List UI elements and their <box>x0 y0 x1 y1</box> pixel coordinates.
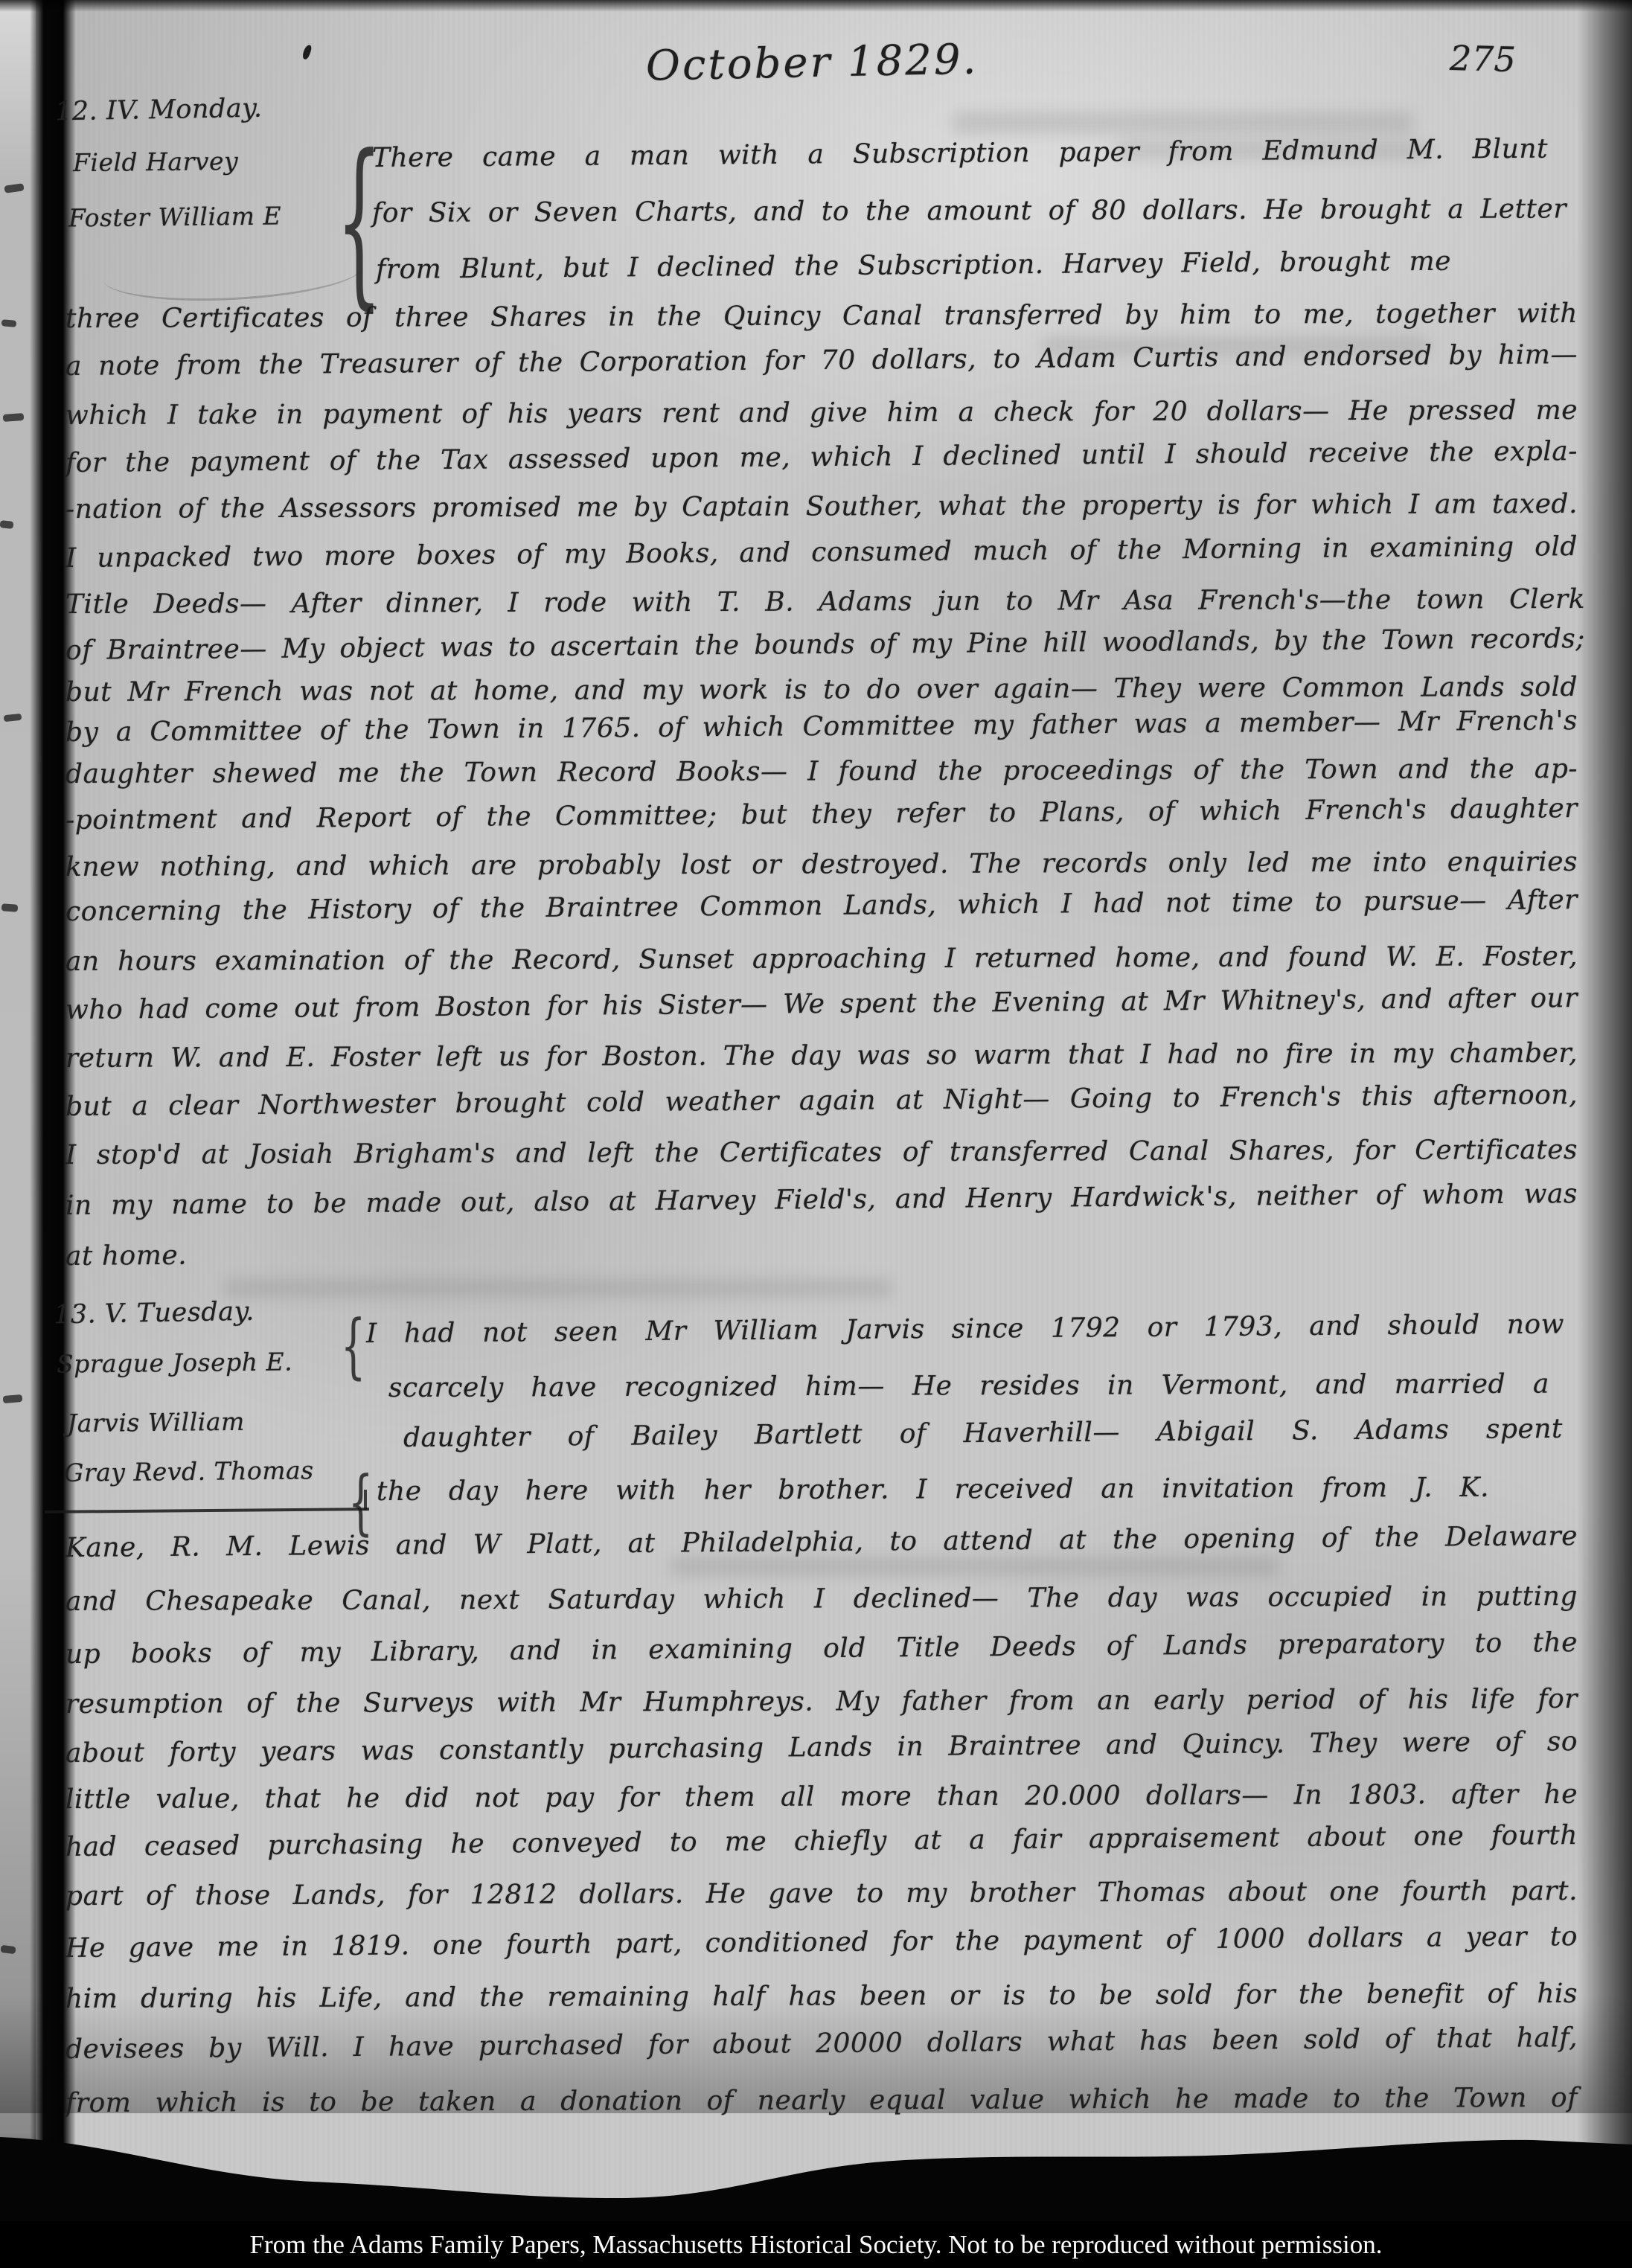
margin-name: Gray Revd. Thomas <box>64 1455 314 1487</box>
margin-name: Field Harvey <box>73 147 239 177</box>
margin-brace: { <box>348 1467 374 1538</box>
entry-date-heading: 12. IV. Monday. <box>55 94 263 127</box>
diary-line: knew nothing, and which are probably los… <box>65 847 1578 882</box>
book-bottom-shadow <box>0 2107 1632 2221</box>
page-top-edge-shadow <box>0 0 1632 12</box>
diary-line: at home. <box>65 1240 187 1272</box>
diary-line: Title Deeds— After dinner, I rode with T… <box>65 584 1585 621</box>
page-number: 275 <box>1449 38 1517 80</box>
page-right-edge-shadow <box>1578 0 1632 2221</box>
margin-name: Foster William E <box>68 202 281 233</box>
diary-line: I stop'd at Josiah Brigham's and left th… <box>65 1135 1578 1170</box>
diary-line: resumption of the Surveys with Mr Humphr… <box>65 1684 1578 1720</box>
diary-line: an hours examination of the Record, Suns… <box>65 941 1578 977</box>
archive-credit-band: From the Adams Family Papers, Massachuse… <box>0 2221 1632 2268</box>
diary-line: him during his Life, and the remaining h… <box>65 1979 1578 2014</box>
ink-showthrough <box>953 112 1414 134</box>
ink-showthrough <box>223 1278 893 1298</box>
margin-name: Sprague Joseph E. <box>57 1347 292 1378</box>
facing-page-text-fragment <box>3 413 25 422</box>
diary-line: and Chesapeake Canal, next Saturday whic… <box>65 1581 1578 1617</box>
margin-separator-tick <box>364 1490 367 1511</box>
diary-line: for Six or Seven Charts, and to the amou… <box>372 193 1567 228</box>
archive-credit-text: From the Adams Family Papers, Massachuse… <box>250 2230 1383 2260</box>
margin-name: Jarvis William <box>67 1407 245 1438</box>
entry-date-heading: 13. V. Tuesday. <box>54 1297 255 1330</box>
diary-line: part of those Lands, for 12812 dollars. … <box>65 1876 1578 1912</box>
page-title-month: October 1829. <box>645 35 979 90</box>
facing-page-text-fragment <box>1 903 19 912</box>
diary-page-scan: October 1829. 275 12. IV. Monday. Field … <box>0 0 1632 2268</box>
facing-page-text-fragment <box>0 520 13 529</box>
diary-line: -nation of the Assessors promised me by … <box>65 489 1578 525</box>
ink-showthrough <box>670 1557 1280 1576</box>
diary-line: return W. and E. Foster left us for Bost… <box>65 1038 1578 1074</box>
facing-page-text-fragment <box>1 319 17 327</box>
diary-line: daughter shewed me the Town Record Books… <box>65 754 1578 789</box>
margin-brace: { <box>341 1311 366 1382</box>
diary-line: but Mr French was not at home, and my wo… <box>65 672 1578 708</box>
diary-line: scarcely have recognized him— He resides… <box>388 1369 1549 1404</box>
diary-line: three Certificates of three Shares in th… <box>65 298 1578 334</box>
diary-line: little value, that he did not pay for th… <box>65 1779 1578 1815</box>
diary-line: which I take in payment of his years ren… <box>65 395 1578 431</box>
diary-line: the day here with her brother. I receive… <box>377 1473 1489 1508</box>
